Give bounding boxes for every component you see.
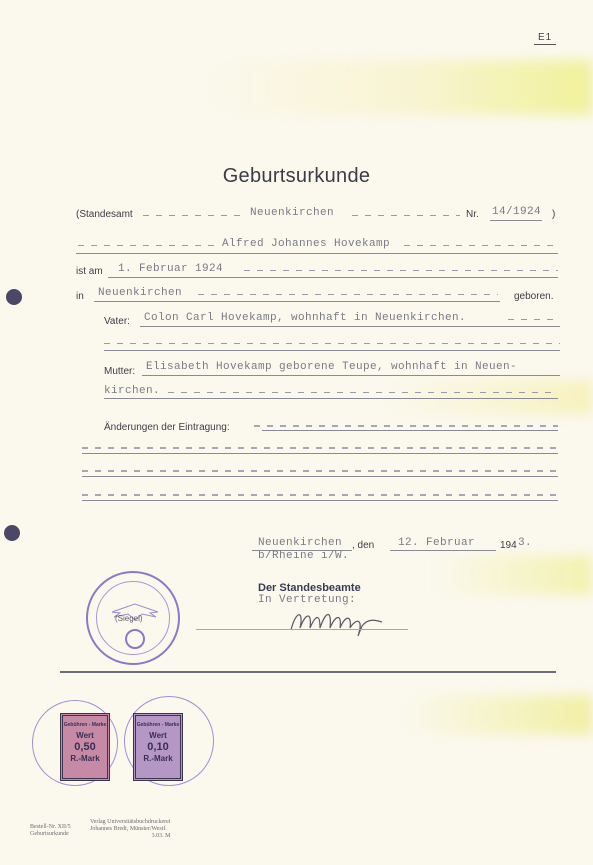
paper-stain xyxy=(430,555,593,595)
footer-publisher-line1: Verlag Universitätsbuchdruckerei xyxy=(90,819,170,826)
revenue-stamp: Gebühren - Marke Wert 0,10 R.-Mark xyxy=(133,713,183,781)
underline xyxy=(104,350,560,351)
mother-value-line1: Elisabeth Hovekamp geborene Teupe, wohnh… xyxy=(146,361,517,373)
stamp-header: Gebühren - Marke xyxy=(63,722,107,728)
signature-line xyxy=(196,629,408,630)
birth-date: 1. Februar 1924 xyxy=(118,263,223,275)
stamp-wert: Wert xyxy=(63,731,107,740)
underline xyxy=(76,253,558,254)
document-title: Geburtsurkunde xyxy=(0,165,593,188)
underline xyxy=(82,476,558,477)
dash-fill xyxy=(254,425,558,427)
birth-place-label: in xyxy=(76,291,84,302)
revenue-stamp: Gebühren - Marke Wert 0,50 R.-Mark xyxy=(60,713,110,781)
issue-place: Neuenkirchen xyxy=(258,537,342,549)
paper-stain xyxy=(400,695,593,735)
father-label: Vater: xyxy=(104,316,130,327)
den-label: , den xyxy=(352,540,374,551)
child-name: Alfred Johannes Hovekamp xyxy=(222,238,390,250)
year-suffix: 3. xyxy=(518,537,532,549)
footer-order: Bestell-Nr. XII/5 Geburtsurkunde xyxy=(30,824,71,838)
punch-hole xyxy=(6,289,22,305)
form-number: E1 xyxy=(534,32,556,45)
birth-place: Neuenkirchen xyxy=(98,287,182,299)
seal-label: (Siegel) xyxy=(115,614,143,623)
underline xyxy=(104,398,558,399)
dash-fill xyxy=(104,343,560,344)
underline xyxy=(82,500,558,501)
born-suffix: geboren. xyxy=(514,291,553,302)
paper-stain xyxy=(200,60,593,115)
underline xyxy=(142,375,560,376)
underline xyxy=(262,430,558,431)
underline xyxy=(82,453,558,454)
underline xyxy=(140,326,560,327)
stamp-currency: R.-Mark xyxy=(136,754,180,763)
footer-publisher: Verlag Universitätsbuchdruckerei Johanne… xyxy=(90,819,170,840)
mother-value-line2: kirchen. xyxy=(104,385,160,397)
dash-fill xyxy=(82,470,558,472)
stamp-currency: R.-Mark xyxy=(63,754,107,763)
stamp-header: Gebühren - Marke xyxy=(136,722,180,728)
footer-order-no: Bestell-Nr. XII/5 xyxy=(30,824,71,831)
dash-fill xyxy=(82,447,558,449)
dash-fill xyxy=(168,392,558,393)
birth-date-label: ist am xyxy=(76,266,103,277)
registry-office: Neuenkirchen xyxy=(250,207,334,219)
footer-print-code: 3.03. M xyxy=(90,833,170,840)
section-divider xyxy=(60,671,556,673)
underline xyxy=(490,220,542,221)
issue-date: 12. Februar xyxy=(398,537,475,549)
dash-fill xyxy=(244,270,558,271)
dash-fill xyxy=(78,245,218,246)
dash-fill xyxy=(404,245,558,246)
seal-wreath-icon xyxy=(124,628,146,650)
registry-nr-label: Nr. xyxy=(466,209,479,220)
underline xyxy=(94,301,500,302)
issue-place-sub: b/Rheine i/W. xyxy=(258,550,349,562)
year-prefix: 194 xyxy=(500,540,517,551)
footer-form-name: Geburtsurkunde xyxy=(30,831,71,838)
dash-fill xyxy=(352,215,460,216)
dash-fill xyxy=(143,215,243,216)
registry-nr: 14/1924 xyxy=(492,206,541,218)
punch-hole xyxy=(4,525,20,541)
dash-fill xyxy=(508,319,560,320)
signature xyxy=(286,600,416,640)
mother-label: Mutter: xyxy=(104,366,135,377)
dash-fill xyxy=(198,294,498,295)
registry-close: ) xyxy=(552,209,555,220)
footer-publisher-line2: Johannes Bredt, Münster/Westf. xyxy=(90,826,170,833)
stamp-value: 0,50 xyxy=(63,741,107,753)
registry-label: (Standesamt xyxy=(76,209,133,220)
stamp-wert: Wert xyxy=(136,731,180,740)
stamp-value: 0,10 xyxy=(136,741,180,753)
underline xyxy=(390,550,496,551)
official-title: Der Standesbeamte xyxy=(258,582,361,594)
underline xyxy=(108,277,558,278)
amendments-label: Änderungen der Eintragung: xyxy=(104,422,230,433)
father-value: Colon Carl Hovekamp, wohnhaft in Neuenki… xyxy=(144,312,466,324)
dash-fill xyxy=(82,494,558,496)
